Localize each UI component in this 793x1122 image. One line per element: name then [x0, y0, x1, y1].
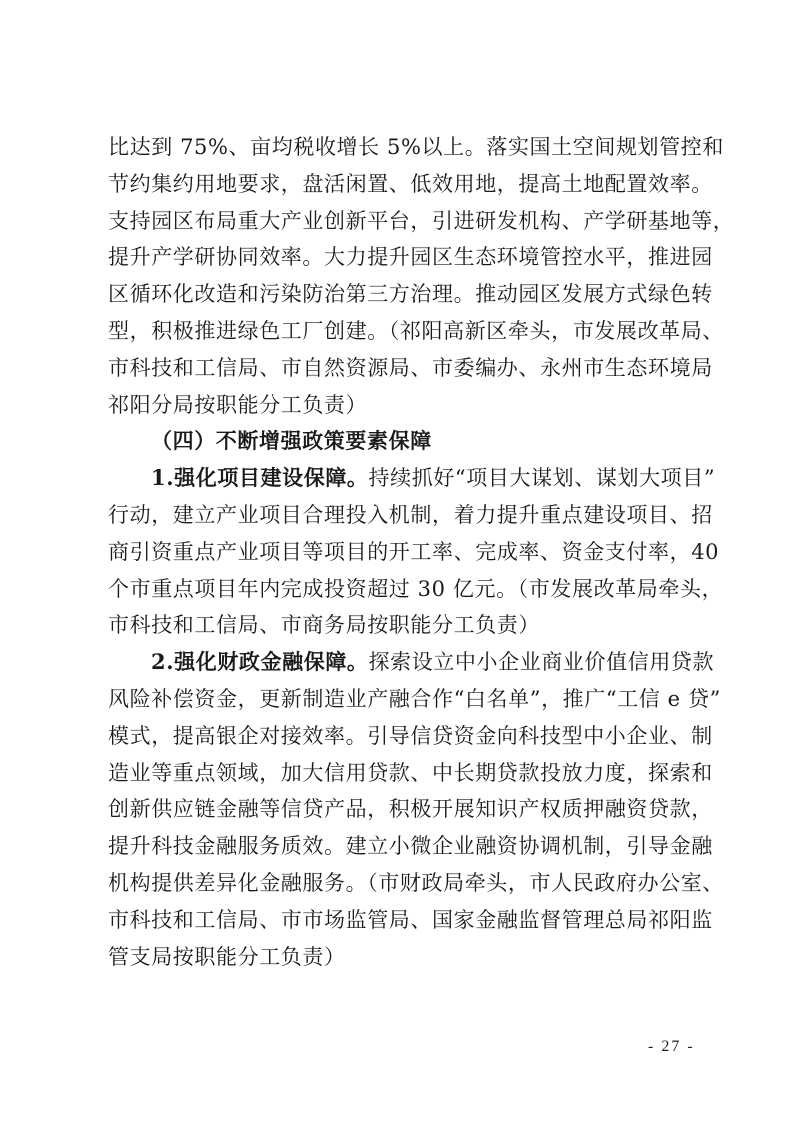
item-first-line: 1.强化项目建设保障。持续抓好“项目大谋划、谋划大项目” — [108, 460, 702, 497]
item-first-line-text: 持续抓好“项目大谋划、谋划大项目” — [369, 466, 716, 490]
item-project-construction: 1.强化项目建设保障。持续抓好“项目大谋划、谋划大项目” 行动，建立产业项目合理… — [108, 460, 702, 644]
text-line: 支持园区布局重大产业创新平台，引进研发机构、产学研基地等， — [108, 203, 702, 240]
text-line: 市科技和工信局、市自然资源局、市委编办、永州市生态环境局 — [108, 350, 702, 387]
document-body: 比达到 75%、亩均税收增长 5%以上。落实国土空间规划管控和 节约集约用地要求… — [108, 129, 702, 975]
text-line: 市科技和工信局、市商务局按职能分工负责） — [108, 607, 702, 644]
text-line: 模式，提高银企对接效率。引导信贷资金向科技型中小企业、制 — [108, 718, 702, 755]
item-first-line-text: 探索设立中小企业商业价值信用贷款 — [369, 650, 715, 674]
paragraph-park-development: 比达到 75%、亩均税收增长 5%以上。落实国土空间规划管控和 节约集约用地要求… — [108, 129, 702, 423]
text-line: 个市重点项目年内完成投资超过 30 亿元。（市发展改革局牵头， — [108, 571, 702, 608]
text-line: 型，积极推进绿色工厂创建。（祁阳高新区牵头，市发展改革局、 — [108, 313, 702, 350]
text-line: 市科技和工信局、市市场监管局、国家金融监督管理总局祁阳监 — [108, 902, 702, 939]
text-line: 管支局按职能分工负责） — [108, 939, 702, 976]
text-line: 商引资重点产业项目等项目的开工率、完成率、资金支付率，40 — [108, 534, 702, 571]
text-line: 比达到 75%、亩均税收增长 5%以上。落实国土空间规划管控和 — [108, 129, 702, 166]
text-line: 提升产学研协同效率。大力提升园区生态环境管控水平，推进园 — [108, 239, 702, 276]
text-line: 提升科技金融服务质效。建立小微企业融资协调机制，引导金融 — [108, 828, 702, 865]
item-fiscal-finance: 2.强化财政金融保障。探索设立中小企业商业价值信用贷款 风险补偿资金，更新制造业… — [108, 644, 702, 975]
text-line: 创新供应链金融等信贷产品，积极开展知识产权质押融资贷款， — [108, 791, 702, 828]
text-line: 区循环化改造和污染防治第三方治理。推动园区发展方式绿色转 — [108, 276, 702, 313]
item-first-line: 2.强化财政金融保障。探索设立中小企业商业价值信用贷款 — [108, 644, 702, 681]
text-line: 机构提供差异化金融服务。（市财政局牵头，市人民政府办公室、 — [108, 865, 702, 902]
item-lead-title: 2.强化财政金融保障。 — [151, 649, 369, 674]
text-line: 祁阳分局按职能分工负责） — [108, 387, 702, 424]
text-line: 造业等重点领域，加大信用贷款、中长期贷款投放力度，探索和 — [108, 755, 702, 792]
text-line: 节约集约用地要求，盘活闲置、低效用地，提高土地配置效率。 — [108, 166, 702, 203]
text-line: 风险补偿资金，更新制造业产融合作“白名单”，推广“工信 e 贷” — [108, 681, 702, 718]
page-number: - 27 - — [648, 1038, 695, 1056]
item-lead-title: 1.强化项目建设保障。 — [151, 465, 369, 490]
section-heading: （四）不断增强政策要素保障 — [108, 423, 702, 460]
text-line: 行动，建立产业项目合理投入机制，着力提升重点建设项目、招 — [108, 497, 702, 534]
